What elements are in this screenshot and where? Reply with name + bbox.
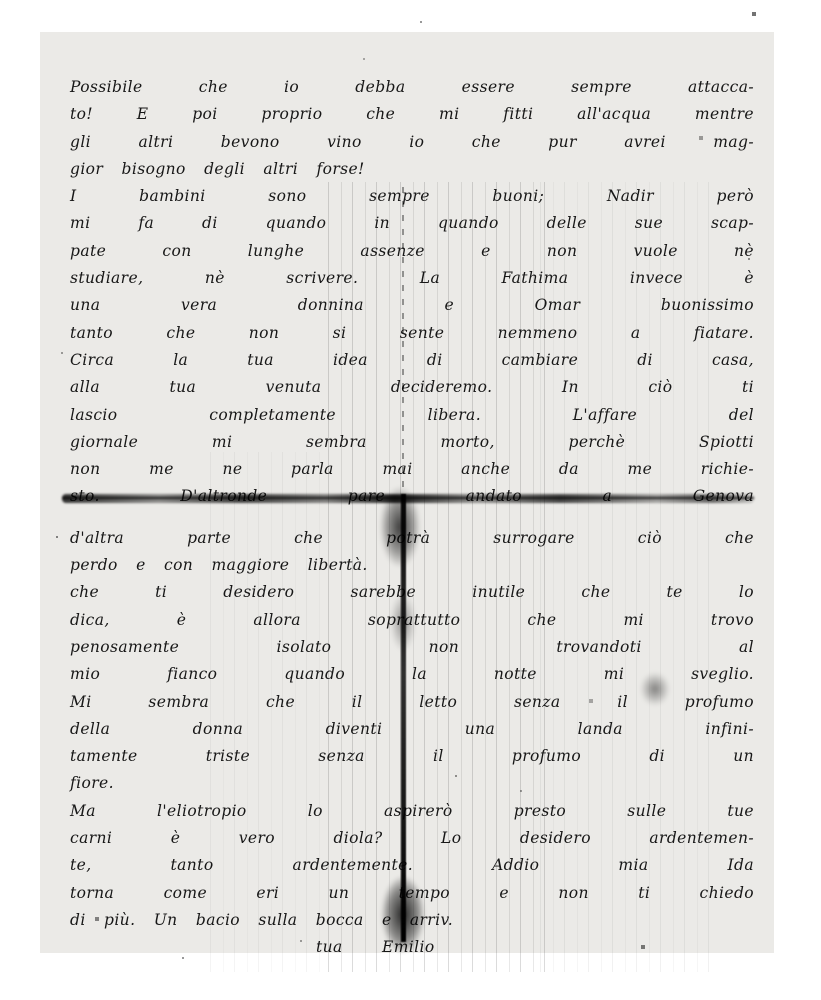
- handwritten-line: Possibile che io debba essere sempre att…: [70, 74, 754, 101]
- handwritten-line: Circa la tua idea di cambiare di casa,: [70, 347, 754, 374]
- ink-smudge: [640, 672, 670, 706]
- handwritten-line: gior bisogno degli altri forse!: [70, 156, 754, 183]
- handwritten-line: fiore.: [70, 770, 754, 797]
- handwritten-line: gli altri bevono vino io che pur avrei m…: [70, 129, 754, 156]
- handwritten-line: to! E poi proprio che mi fitti all'acqua…: [70, 101, 754, 128]
- scan-canvas: Possibile che io debba essere sempre att…: [0, 0, 821, 1000]
- handwritten-line: lascio completamente libera. L'affare de…: [70, 402, 754, 429]
- handwritten-line: tamente triste senza il profumo di un: [70, 743, 754, 770]
- handwritten-line: una vera donnina e Omar buonissimo: [70, 292, 754, 319]
- handwritten-line: pate con lunghe assenze e non vuole nè: [70, 238, 754, 265]
- handwritten-line: giornale mi sembra morto, perchè Spiotti: [70, 429, 754, 456]
- handwritten-line: te, tanto ardentemente. Addio mia Ida: [70, 852, 754, 879]
- ink-smudge: [390, 592, 416, 652]
- handwritten-line: mi fa di quando in quando delle sue scap…: [70, 210, 754, 237]
- handwritten-line: I bambini sono sempre buoni; Nadir però: [70, 183, 754, 210]
- vertical-fold-crease-upper: [402, 187, 404, 495]
- handwritten-line: studiare, nè scrivere. La Fathima invece…: [70, 265, 754, 292]
- scan-speckles: [0, 0, 2, 2]
- handwritten-line: alla tua venuta decideremo. In ciò ti: [70, 374, 754, 401]
- ink-smudge-crease-crossing: [380, 487, 420, 567]
- handwritten-line: della donna diventi una landa infini-: [70, 716, 754, 743]
- handwritten-line: tanto che non si sente nemmeno a fiatare…: [70, 320, 754, 347]
- letter-page: Possibile che io debba essere sempre att…: [40, 32, 774, 953]
- handwritten-line: carni è vero diola? Lo desidero ardentem…: [70, 825, 754, 852]
- handwritten-line: non me ne parla mai anche da me richie-: [70, 456, 754, 483]
- handwritten-line: Ma l'eliotropio lo aspirerò presto sulle…: [70, 798, 754, 825]
- ink-smudge-bottom: [382, 877, 424, 952]
